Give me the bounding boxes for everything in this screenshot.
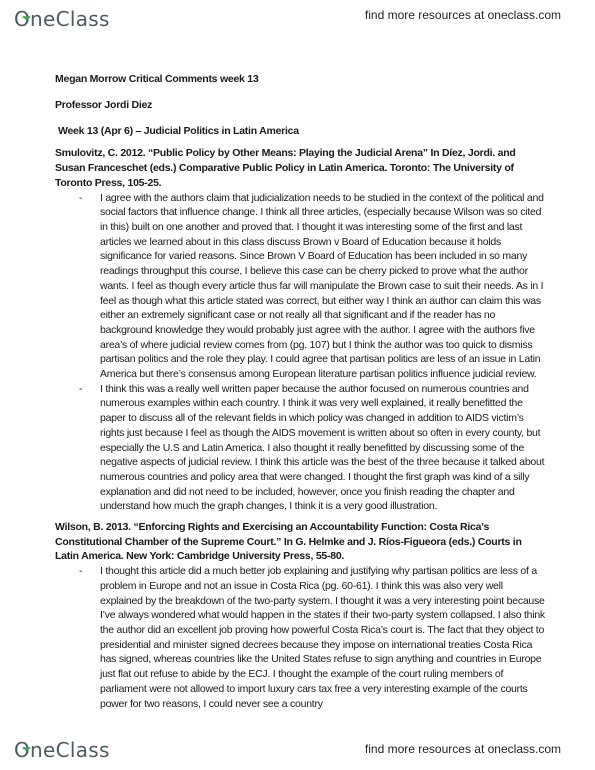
list-item: - I think this was a really well written…	[55, 382, 547, 514]
oneclass-logo: OneClass	[14, 7, 110, 31]
citation-smulovitz: Smulovitz, C. 2012. “Public Policy by Ot…	[55, 146, 547, 190]
bullet-text: I thought this article did a much better…	[100, 564, 547, 711]
list-item: - I thought this article did a much bett…	[55, 564, 547, 711]
footer: OneClass find more resources at oneclass…	[0, 726, 595, 770]
document-page: OneClass find more resources at oneclass…	[0, 0, 595, 770]
bullet-dash: -	[55, 382, 100, 397]
doc-title-professor: Professor Jordi Diez	[55, 98, 547, 113]
list-item: - I agree with the authors claim that ju…	[55, 191, 547, 382]
document-body: Megan Morrow Critical Comments week 13 P…	[55, 72, 547, 711]
bullet-dash: -	[55, 191, 100, 206]
header: OneClass find more resources at oneclass…	[0, 0, 595, 40]
sprout-icon	[21, 734, 32, 742]
doc-title-week: Week 13 (Apr 6) – Judicial Politics in L…	[55, 124, 547, 139]
bullet-text: I think this was a really well written p…	[100, 382, 547, 514]
bullet-text: I agree with the authors claim that judi…	[100, 191, 547, 382]
header-tagline: find more resources at oneclass.com	[365, 8, 561, 22]
sprout-icon	[21, 3, 32, 11]
oneclass-logo: OneClass	[14, 738, 110, 762]
citation-wilson: Wilson, B. 2013. “Enforcing Rights and E…	[55, 520, 547, 564]
bullet-dash: -	[55, 564, 100, 579]
footer-tagline: find more resources at oneclass.com	[365, 742, 561, 756]
doc-title-author: Megan Morrow Critical Comments week 13	[55, 72, 547, 87]
